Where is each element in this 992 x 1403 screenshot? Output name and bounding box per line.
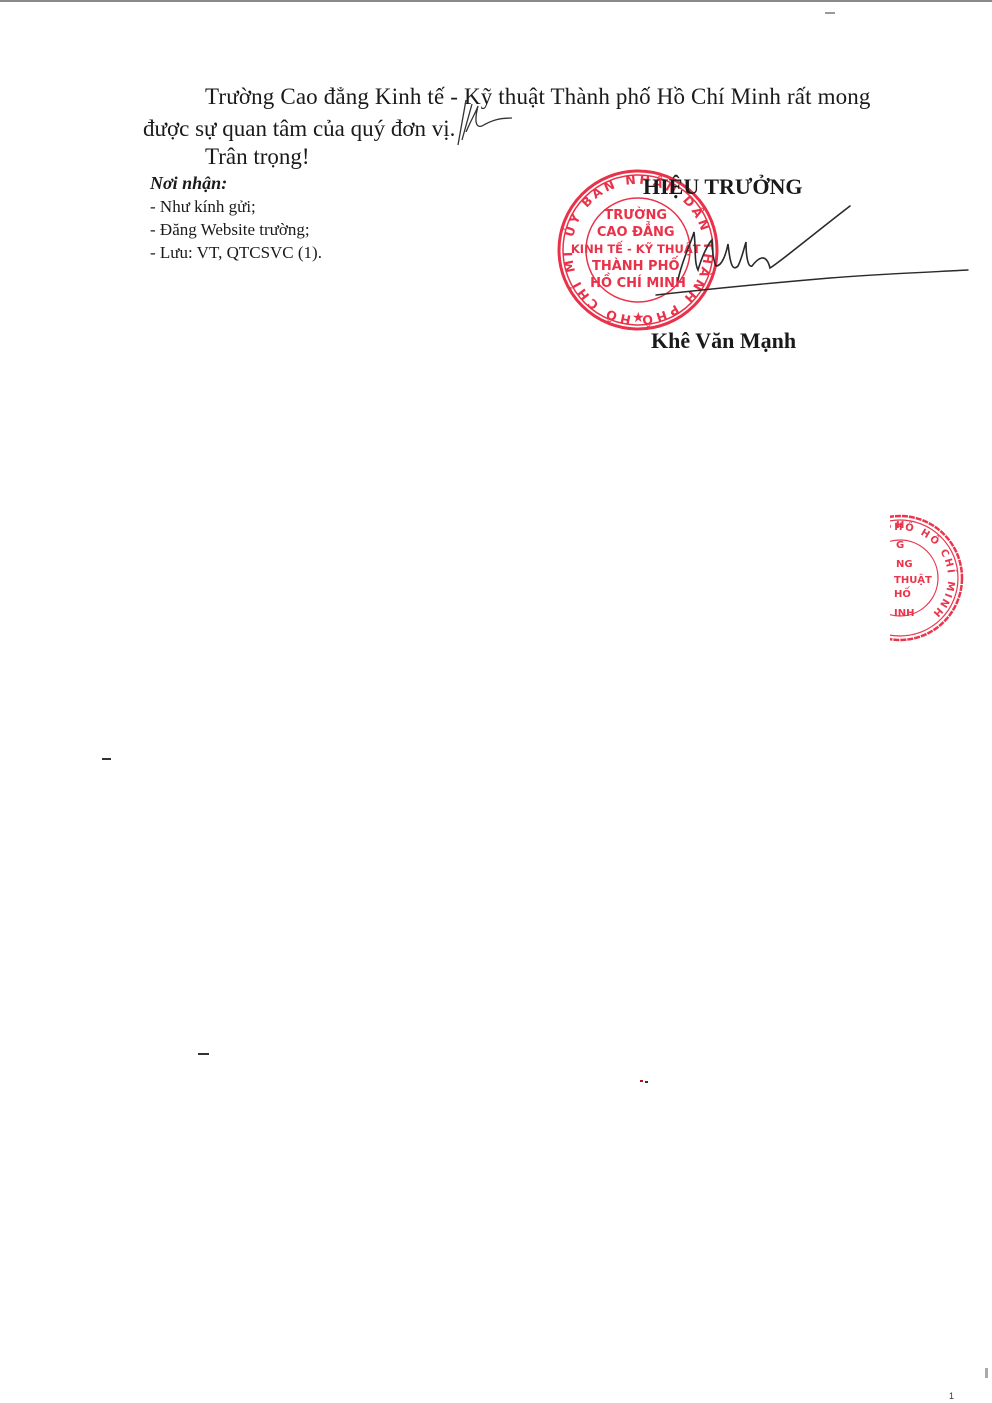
- seal-inner-line: CAO ĐẲNG: [597, 222, 675, 240]
- scan-speck: [645, 1081, 648, 1083]
- page-number: 1: [949, 1391, 954, 1401]
- partial-seal-fragment: H: [896, 520, 904, 531]
- seal-inner-line: TRƯỜNG: [604, 207, 667, 223]
- partial-seal-fragment: NG: [896, 559, 913, 570]
- scan-speck: [102, 758, 111, 760]
- signatory-name: Khê Văn Mạnh: [651, 328, 796, 354]
- initials-mark: [458, 100, 512, 145]
- official-seal: ỦY BAN NHÂN DÂN THÀNH PHỐ HỒ CHÍ MINH TR…: [0, 0, 717, 330]
- partial-seal-fragment: THUẬT: [894, 573, 932, 586]
- seal-inner-line: KINH TẾ - KỸ THUẬT: [571, 240, 701, 256]
- partial-seal-fragment: G: [896, 540, 904, 551]
- partial-seal-outer-text: PHỐ HỒ CHÍ MINH: [883, 518, 958, 620]
- partial-seal-fragment: HỐ: [894, 585, 911, 600]
- partial-seal: PHỐ HỒ CHÍ MINH H G NG THUẬT HỐ INH: [838, 516, 962, 640]
- scan-speck: [825, 12, 835, 14]
- partial-seal-fragment: INH: [894, 608, 914, 619]
- svg-text:PHỐ HỒ CHÍ MINH: PHỐ HỒ CHÍ MINH: [883, 518, 958, 620]
- star-icon: ★: [632, 310, 645, 326]
- seal-inner-line: THÀNH PHỐ: [592, 256, 680, 274]
- svg-text:TRƯỜNG CAO ĐẲNG KI: TRƯỜNG CAO ĐẲNG KINH TẾ - KỸ THUẬT THÀNH…: [571, 207, 705, 291]
- signatory-position: HIỆU TRƯỞNG: [643, 174, 803, 200]
- scan-speck: [640, 1080, 643, 1082]
- seal-inner-line: HỒ CHÍ MINH: [590, 273, 686, 291]
- stamps-and-signature: ỦY BAN NHÂN DÂN THÀNH PHỐ HỒ CHÍ MINH TR…: [0, 0, 992, 1403]
- scan-speck: [198, 1053, 209, 1055]
- scan-speck: [985, 1368, 988, 1378]
